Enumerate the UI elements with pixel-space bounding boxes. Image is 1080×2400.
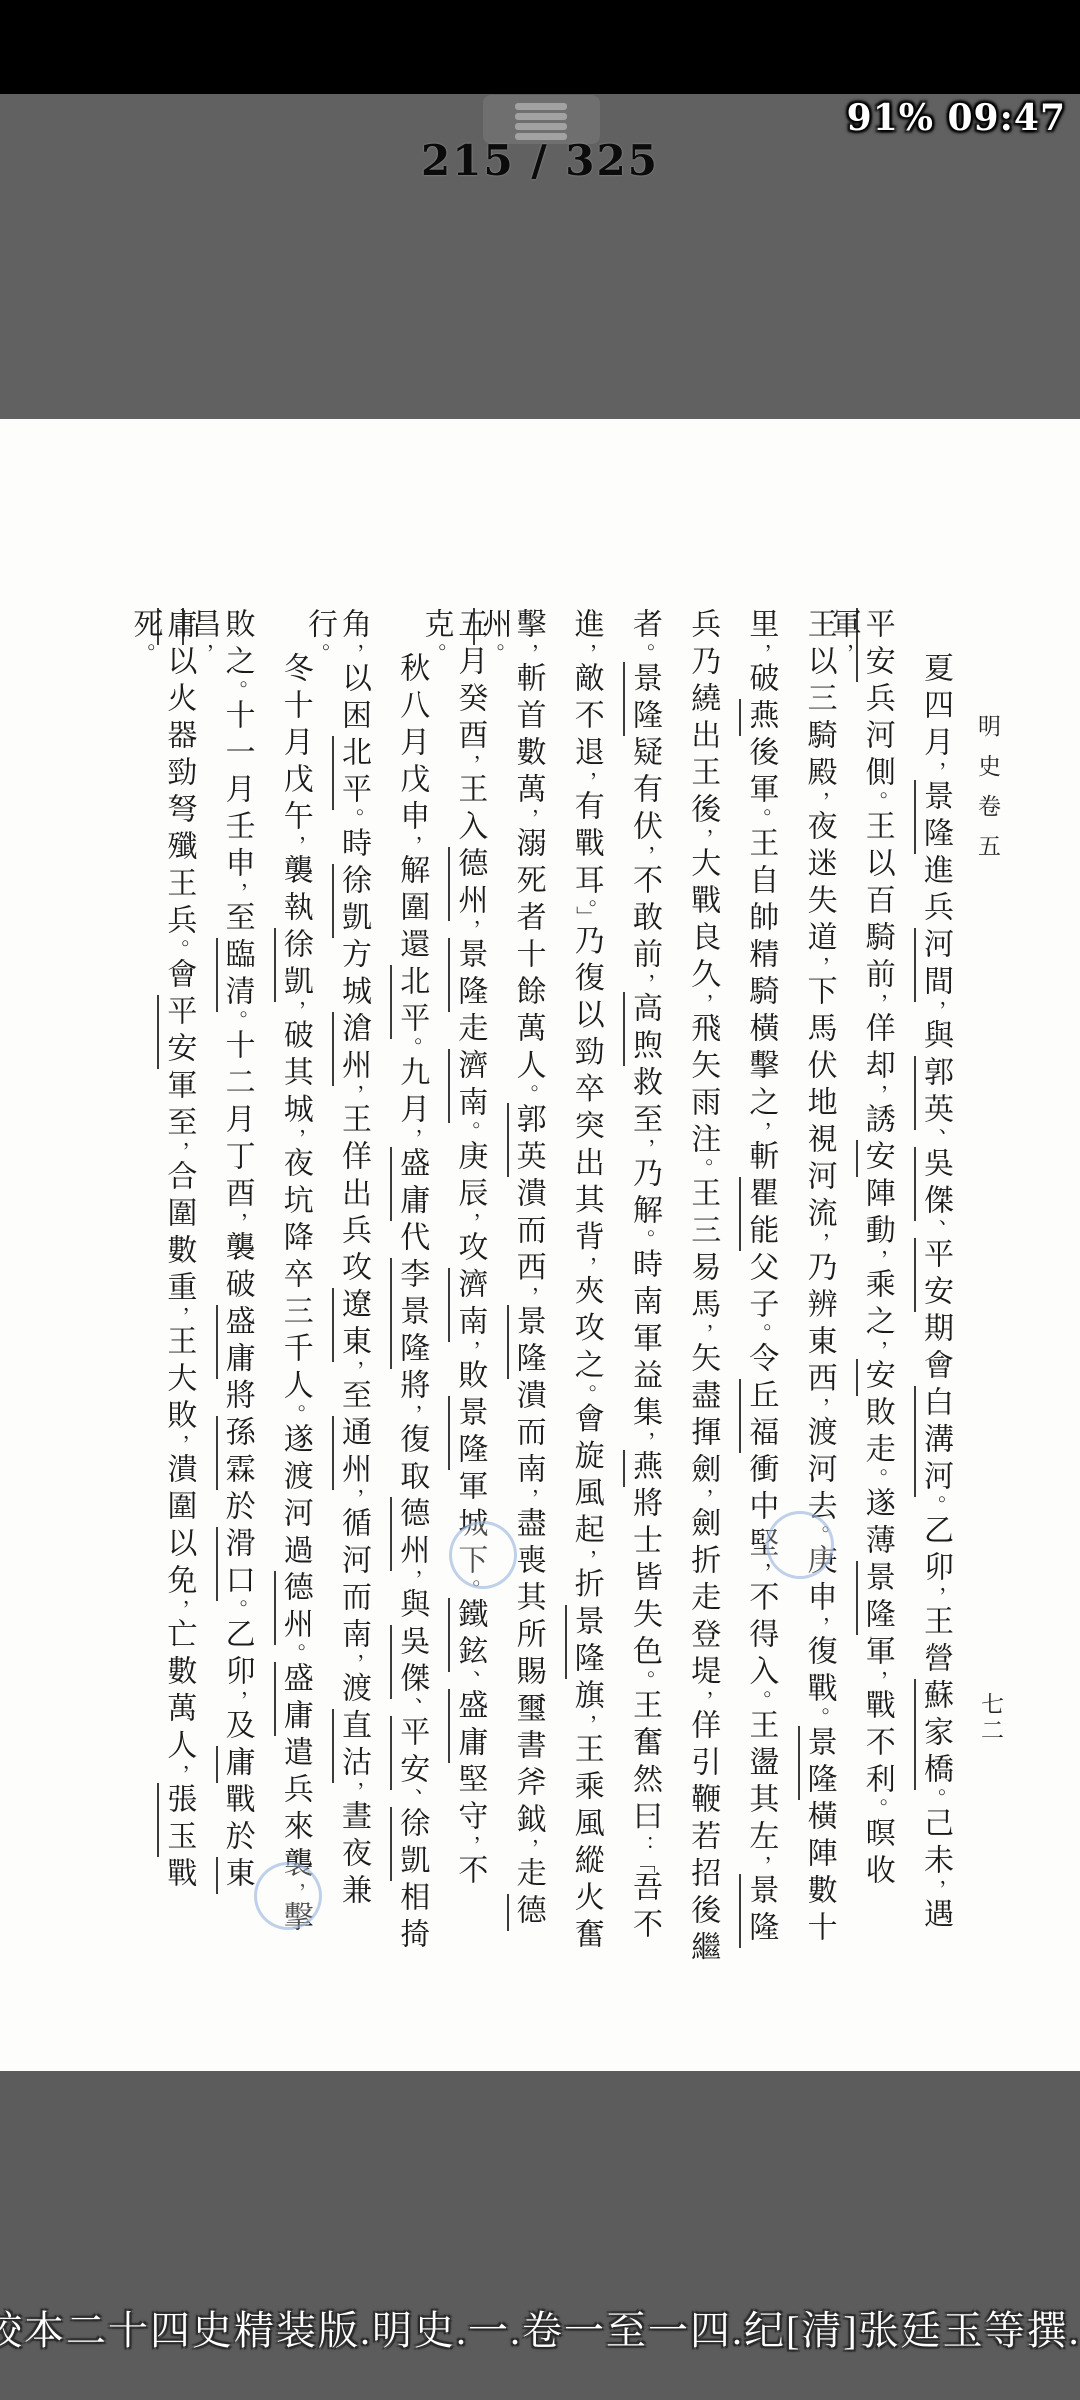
- scan-watermark-circle: [254, 1862, 322, 1930]
- proper-noun-mark: 景隆: [798, 1726, 836, 1800]
- text-column-4: 里，破燕後軍。王自帥精騎橫擊之，斬瞿能父子。令丘福衝中堅，不得入。王盪其左，景隆: [743, 608, 777, 1948]
- proper-noun-mark: 高煦: [623, 992, 661, 1066]
- proper-noun-mark: 景隆: [565, 1605, 603, 1679]
- proper-noun-mark: 河間: [914, 928, 952, 1002]
- text-column-7: 進，敵不退，有戰耳。」乃復以勁卒突出其背，夾攻之。會旋風起，折景隆旗，王乘風縱火…: [569, 608, 603, 1955]
- proper-noun-mark: 景隆: [856, 1561, 894, 1635]
- drag-handle-bar: [515, 103, 567, 110]
- proper-noun-mark: 徐凱: [390, 1807, 428, 1881]
- proper-noun-mark: 徐凱: [332, 864, 370, 938]
- proper-noun-mark: 景隆: [739, 1874, 777, 1948]
- text-column-14: 庸以火器勁弩殲王兵。會平安軍至，合圍數重，王大敗，潰圍以免，亡數萬人，張玉戰死。: [161, 608, 195, 1948]
- proper-noun-mark: 丘福: [739, 1379, 777, 1453]
- proper-noun-mark: 孫霖: [216, 1416, 254, 1490]
- proper-noun-mark: 安: [856, 1359, 894, 1396]
- proper-noun-mark: 郭英: [507, 1103, 545, 1177]
- proper-noun-mark: 景隆: [623, 662, 661, 736]
- proper-noun-mark: 盛庸: [448, 1689, 486, 1763]
- proper-noun-mark: 景隆: [507, 1305, 545, 1379]
- proper-noun-mark: 瞿能: [739, 1177, 777, 1251]
- proper-noun-mark: 景隆: [914, 780, 952, 854]
- proper-noun-mark: 臨清: [216, 938, 254, 1012]
- proper-noun-mark: 盛庸: [390, 1147, 428, 1221]
- folio-number: 七二: [973, 1692, 1007, 1744]
- proper-noun-mark: 庸: [157, 608, 195, 645]
- text-column-3: 王以三騎殿，夜迷失道，下馬伏地視河流，乃辨東西，渡河去。庚申，復戰。景隆橫陣數十: [802, 608, 836, 1948]
- proper-noun-mark: 直沽: [332, 1709, 370, 1783]
- volume-header: 明史卷五: [970, 714, 1004, 874]
- book-page-surface[interactable]: 明史卷五 七二 夏四月，景隆進兵河間，與郭英、吳傑、平安期會白溝河。乙卯，王營蘇…: [0, 419, 1080, 2071]
- text-column-2: 平安兵河側。王以百騎前，佯却，誘安陣動，乘之，安敗走。遂薄景隆軍，戰不利。暝收軍…: [860, 608, 894, 1945]
- text-column-6: 者。景隆疑有伏，不敢前，高煦救至，乃解。時南軍益集，燕將士皆失色。王奮然曰：「吾…: [627, 608, 661, 1945]
- status-bar: [0, 0, 1080, 94]
- drag-handle-bar: [515, 123, 567, 130]
- drag-handle-bar: [515, 113, 567, 120]
- proper-noun-mark: 濟南: [448, 1268, 486, 1342]
- text-column-9: 五月癸酉，王入德州，景隆走濟南。庚辰，攻濟南，敗景隆軍城下。鐵鉉、盛庸堅守，不克…: [452, 608, 486, 1945]
- proper-noun-mark: 庸: [216, 1746, 254, 1783]
- proper-noun-mark: 盛庸: [274, 1662, 312, 1736]
- text-column-13: 敗之。十一月壬申，至臨清。十二月丁酉，襲破盛庸將孫霖於滑口。乙卯，及庸戰於東昌，: [220, 608, 254, 1948]
- proper-noun-mark: 安: [856, 1140, 894, 1177]
- proper-noun-mark: 景隆: [448, 1396, 486, 1470]
- proper-noun-mark: 景隆: [448, 938, 486, 1012]
- proper-noun-mark: 李景隆: [390, 1258, 428, 1369]
- text-column-10: 秋八月戊申，解圍還北平。九月，盛庸代李景隆將，復取德州，與吳傑、平安、徐凱相掎: [394, 652, 428, 1955]
- proper-noun-mark: 北平: [390, 965, 428, 1039]
- proper-noun-mark: 滑口: [216, 1527, 254, 1601]
- text-column-8: 擊，斬首數萬，溺死者十餘萬人。郭英潰而西，景隆潰而南，盡喪其所賜璽書斧鉞，走德州…: [511, 608, 545, 1985]
- scan-watermark-circle: [766, 1511, 834, 1579]
- proper-noun-mark: 白溝河: [914, 1386, 952, 1497]
- proper-noun-mark: 燕: [623, 1450, 661, 1487]
- status-battery-time: 91% 09:47: [847, 98, 1066, 138]
- proper-noun-mark: 蘇家橋: [914, 1679, 952, 1790]
- proper-noun-mark: 吳傑: [914, 1147, 952, 1221]
- proper-noun-mark: 鐵鉉: [448, 1598, 486, 1672]
- proper-noun-mark: 遼東: [332, 1288, 370, 1362]
- book-title: 点校本二十四史精装版.明史.一.卷一至一四.纪[清]张廷玉等撰.中华书局: [0, 2308, 1080, 2354]
- scan-watermark-circle: [449, 1521, 517, 1589]
- proper-noun-mark: 平安: [856, 608, 894, 682]
- proper-noun-mark: 德州: [448, 847, 486, 921]
- proper-noun-mark: 張玉: [157, 1783, 195, 1857]
- text-column-12: 冬十月戊午，襲執徐凱，破其城，夜坑降卒三千人。遂渡河過德州。盛庸遣兵來襲，擊: [278, 652, 312, 1938]
- proper-noun-mark: 徐凱: [274, 928, 312, 1002]
- proper-noun-mark: 平安: [914, 1238, 952, 1312]
- proper-noun-mark: 盛庸: [216, 1305, 254, 1379]
- proper-noun-mark: 通州: [332, 1416, 370, 1490]
- text-column-5: 兵乃繞出王後，大戰良久，飛矢雨注。王三易馬，矢盡揮劍，劍折走登堤，佯引鞭若招後繼: [685, 608, 719, 1968]
- proper-noun-mark: 郭英: [914, 1056, 952, 1130]
- text-column-1: 夏四月，景隆進兵河間，與郭英、吳傑、平安期會白溝河。乙卯，王營蘇家橋。己未，遇: [918, 652, 952, 1935]
- proper-noun-mark: 平安: [390, 1716, 428, 1790]
- proper-noun-mark: 吳傑: [390, 1625, 428, 1699]
- proper-noun-mark: 北平: [332, 736, 370, 810]
- proper-noun-mark: 平安: [157, 995, 195, 1069]
- proper-noun-mark: 德州: [274, 1571, 312, 1645]
- proper-noun-mark: 德州: [390, 1497, 428, 1571]
- proper-noun-mark: 滄州: [332, 1012, 370, 1086]
- proper-noun-mark: 燕: [739, 699, 777, 736]
- bottom-title-bar: 点校本二十四史精装版.明史.一.卷一至一四.纪[清]张廷玉等撰.中华书局: [0, 2071, 1080, 2400]
- page-indicator: 215 / 325: [0, 138, 1080, 184]
- proper-noun-mark: 濟南: [448, 1049, 486, 1123]
- text-column-11: 角，以困北平。時徐凱方城滄州，王佯出兵攻遼東，至通州，循河而南，渡直沽，晝夜兼行…: [336, 608, 370, 1965]
